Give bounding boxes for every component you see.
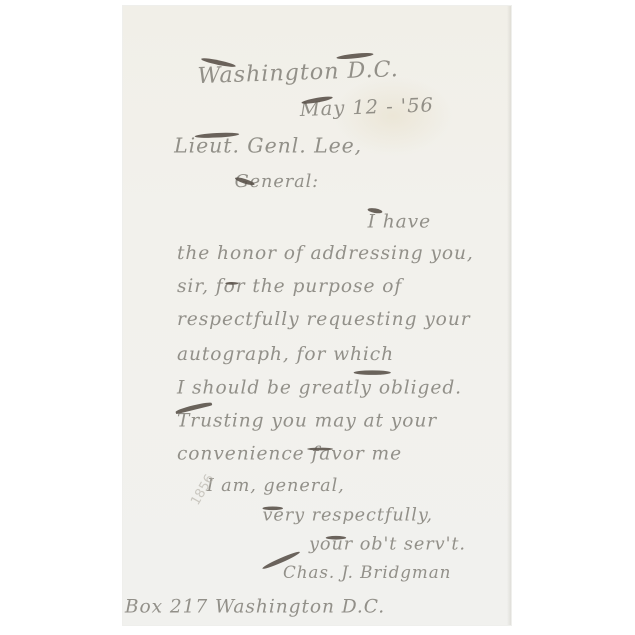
body-line-5: autograph, for which	[177, 343, 394, 365]
body-text: the honor of addressing you,	[177, 242, 474, 264]
letter-greeting: General:	[235, 172, 319, 192]
image-stage: Washington D.C. May 12 - '56 Lieut. Genl…	[0, 0, 635, 635]
ink-swash	[263, 506, 283, 510]
ink-swash	[326, 536, 346, 540]
body-line-6: I should be greatly obliged.	[177, 376, 462, 398]
signature-text: Chas. J. Bridgman	[283, 564, 451, 583]
letter-paper: Washington D.C. May 12 - '56 Lieut. Genl…	[123, 6, 511, 625]
body-text: sir, for the purpose of	[177, 275, 402, 297]
letter-salutation: Lieut. Genl. Lee,	[174, 135, 362, 158]
closing-text: very respectfully,	[263, 505, 433, 525]
letter-date: May 12 - '56	[299, 94, 434, 121]
body-text: I have	[368, 210, 431, 232]
body-line-3: sir, for the purpose of	[177, 275, 402, 297]
ink-swash	[354, 370, 391, 375]
body-text: I should be greatly obliged.	[177, 376, 462, 398]
closing-line-3: your ob't serv't.	[309, 534, 466, 554]
ink-swash	[225, 282, 238, 285]
body-line-1: I have	[368, 210, 431, 232]
signature: Chas. J. Bridgman	[283, 564, 451, 583]
body-text: autograph, for which	[177, 343, 394, 365]
return-address: Box 217 Washington D.C.	[125, 595, 385, 617]
body-text: convenience favor me	[177, 442, 402, 464]
body-line-2: the honor of addressing you,	[177, 242, 474, 264]
closing-text: I am, general,	[207, 475, 345, 495]
body-line-8: convenience favor me	[177, 442, 402, 464]
body-line-4: respectfully requesting your	[177, 308, 471, 330]
place-text: Washington D.C.	[197, 56, 399, 89]
address-text: Box 217 Washington D.C.	[125, 595, 385, 617]
body-text: Trusting you may at your	[177, 409, 437, 431]
body-line-7: Trusting you may at your	[177, 409, 437, 431]
body-text: respectfully requesting your	[177, 308, 471, 330]
salutation-text: Lieut. Genl. Lee,	[174, 135, 362, 158]
closing-line-2: very respectfully,	[263, 505, 433, 525]
letter-content: Washington D.C. May 12 - '56 Lieut. Genl…	[123, 6, 484, 575]
ink-swash	[307, 448, 333, 451]
letter-place: Washington D.C.	[197, 56, 399, 89]
closing-line-1: I am, general,	[207, 475, 345, 495]
